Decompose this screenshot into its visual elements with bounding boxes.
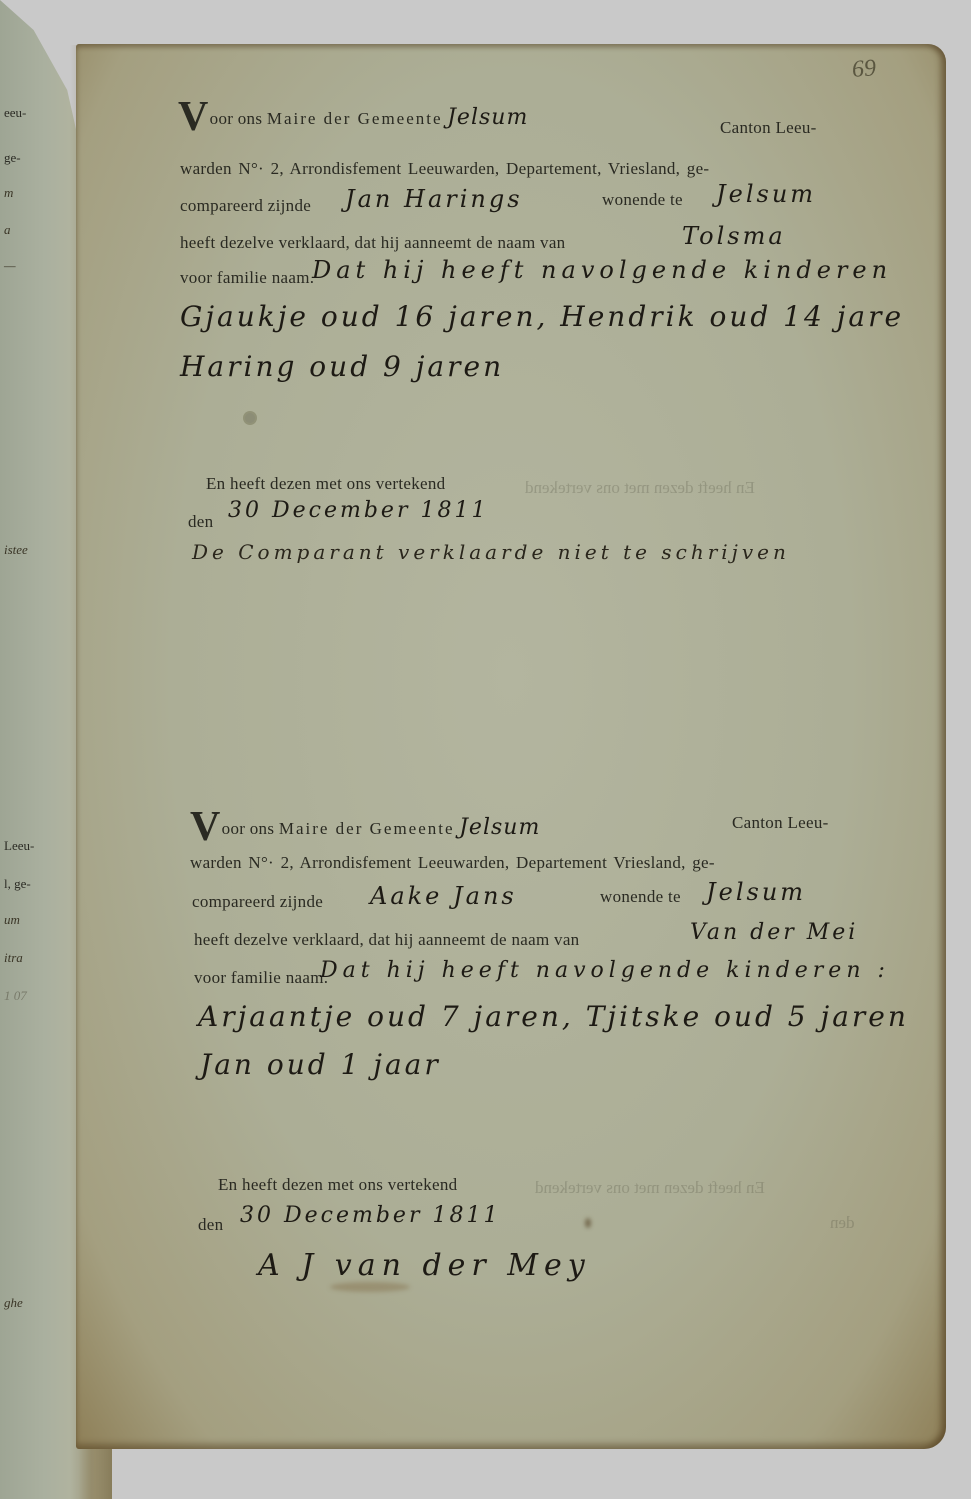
left-page-fragment: 1 07 — [4, 988, 27, 1004]
handwritten-date: 30 December 1811 — [228, 498, 488, 523]
printed-text: wonende te — [602, 190, 683, 210]
handwritten-family-name: Van der Mei — [690, 920, 858, 945]
handwritten-children: Gjaukje oud 16 jaren, Hendrik oud 14 jar… — [180, 300, 904, 333]
handwritten-name: Jan Harings — [345, 185, 523, 213]
page-number: 69 — [851, 55, 877, 84]
left-page-fragment: istee — [4, 542, 28, 558]
left-page-fragment: um — [4, 912, 20, 928]
handwritten-gemeente: Jelsum — [459, 815, 540, 840]
left-page-fragment: eeu- — [4, 105, 26, 121]
printed-text: compareerd zijnde — [192, 892, 323, 912]
handwritten-children-intro: Dat hij heeft navolgende kinderen — [312, 256, 892, 284]
binding-hole — [243, 411, 257, 425]
printed-text: warden N°· 2, Arrondisfement Leeuwarden,… — [180, 159, 709, 179]
ink-stain — [330, 1282, 410, 1292]
left-page-fragment: Leeu- — [4, 838, 34, 854]
record-heading: Voor ons Maire der Gemeente Jelsum — [190, 806, 540, 848]
handwritten-children-intro: Dat hij heeft navolgende kinderen : — [320, 958, 890, 983]
left-page-fragment: ge- — [4, 150, 21, 166]
printed-text: oor ons — [210, 109, 263, 128]
record-heading: Voor ons Maire der Gemeente Jelsum — [178, 96, 528, 138]
left-page-fragment: — — [4, 258, 16, 274]
signature: A J van der Mey — [258, 1248, 591, 1283]
printed-text: oor ons — [222, 819, 275, 838]
handwritten-gemeente: Jelsum — [447, 105, 528, 130]
printed-text: Maire der Gemeente — [267, 109, 443, 128]
left-page-fragment: l, ge- — [4, 876, 31, 892]
printed-text: compareerd zijnde — [180, 196, 311, 216]
left-page-fragment: ghe — [4, 1295, 23, 1311]
drop-cap: V — [190, 804, 221, 850]
handwritten-children: Haring oud 9 jaren — [180, 350, 504, 383]
closing-text: En heeft dezen met ons vertekend — [206, 474, 445, 494]
handwritten-children: Arjaantje oud 7 jaren, Tjitske oud 5 jar… — [198, 1000, 909, 1033]
printed-text: voor familie naam. — [180, 268, 314, 288]
handwritten-children: Jan oud 1 jaar — [200, 1048, 441, 1081]
handwritten-note: De Comparant verklaarde niet te schrijve… — [192, 540, 790, 564]
printed-text: den — [198, 1215, 223, 1235]
bleed-through-text: En heeft dezen met ons vertekend — [535, 1178, 765, 1198]
handwritten-residence: Jelsum — [716, 180, 816, 208]
printed-text: wonende te — [600, 887, 681, 907]
printed-text: warden N°· 2, Arrondisfement Leeuwarden,… — [190, 853, 715, 873]
printed-text: den — [188, 512, 213, 532]
printed-text: Canton Leeu- — [732, 813, 829, 833]
left-page-fragment: a — [4, 222, 11, 238]
handwritten-residence: Jelsum — [706, 878, 806, 906]
ink-stain — [585, 1218, 591, 1228]
left-page-fragment: itra — [4, 950, 23, 966]
printed-text: Maire der Gemeente — [279, 819, 455, 838]
handwritten-date: 30 December 1811 — [240, 1203, 500, 1228]
printed-text: voor familie naam. — [194, 968, 328, 988]
closing-text: En heeft dezen met ons vertekend — [218, 1175, 457, 1195]
bleed-through-text: En heeft dezen met ons vertekend — [525, 478, 755, 498]
printed-text: heeft dezelve verklaard, dat hij aanneem… — [194, 930, 579, 950]
handwritten-family-name: Tolsma — [682, 222, 786, 250]
printed-text: Canton Leeu- — [720, 118, 817, 138]
document-page — [76, 44, 946, 1449]
left-page-fragment: m — [4, 185, 13, 201]
printed-text: heeft dezelve verklaard, dat hij aanneem… — [180, 233, 565, 253]
bleed-through-text: den — [830, 1213, 855, 1233]
drop-cap: V — [178, 94, 209, 140]
handwritten-name: Aake Jans — [370, 882, 517, 910]
